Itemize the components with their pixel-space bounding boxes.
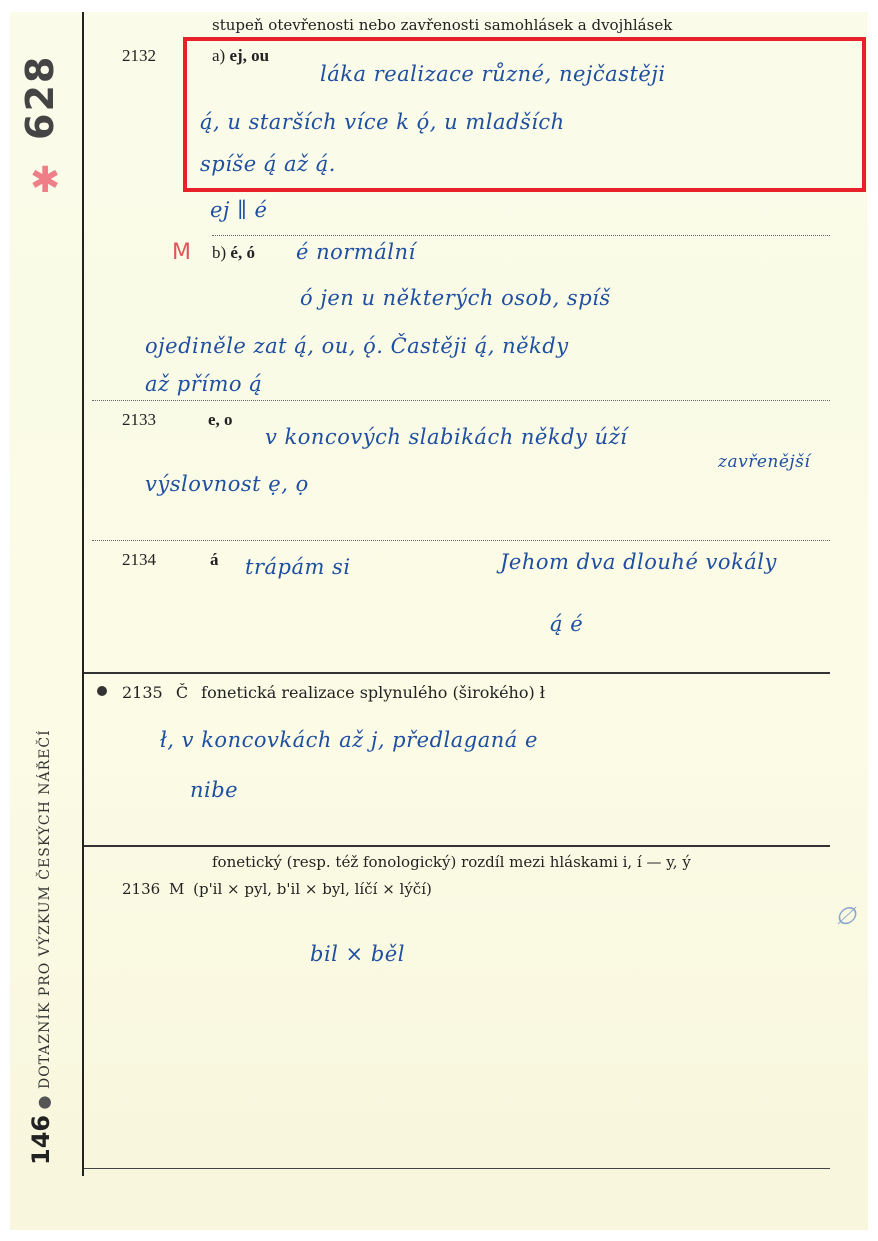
handwritten-2136-line1: bil × běl — [310, 942, 405, 966]
item-number-2132: 2132 — [122, 46, 156, 66]
dotted-divider — [92, 540, 830, 541]
margin-mark: ∅ — [835, 902, 856, 930]
bottom-rule — [84, 1168, 830, 1169]
item-number-2136: 2136 — [122, 880, 160, 898]
dotted-divider — [92, 400, 830, 401]
bullet-icon — [97, 686, 107, 696]
dotted-divider — [212, 235, 830, 236]
bullet-icon: ● — [34, 1094, 53, 1109]
section-divider — [84, 672, 830, 674]
book-title-footer: 146 ● DOTAZNÍK PRO VÝZKUM ČESKÝCH NÁŘEČÍ — [27, 729, 55, 1165]
questionnaire-page — [10, 12, 868, 1230]
highlight-box — [183, 37, 866, 192]
handwritten-2133-line2: výslovnost ẹ, ọ — [145, 472, 309, 496]
item-2133-label: e, o — [208, 410, 233, 430]
section-heading: stupeň otevřenosti nebo zavřenosti samoh… — [212, 16, 672, 34]
handwritten-2132b-line3: ojediněle zat ą́, ou, ǫ́. Častěji ą́, ně… — [145, 334, 569, 358]
item-2134-label: á — [210, 550, 219, 570]
red-mark-m: M — [172, 240, 191, 265]
item-number-2135: 2135 — [122, 683, 163, 702]
item-2136-type: M — [169, 880, 184, 898]
item-2135: 2135 Č fonetická realizace splynulého (š… — [122, 683, 545, 702]
handwritten-2132b-line2: ó jen u některých osob, spíš — [300, 286, 611, 310]
section-divider — [84, 845, 830, 847]
handwritten-2135-line1: ł, v koncovkách až j, předlaganá e — [160, 728, 538, 752]
handwritten-2133-insert: zavřenější — [718, 452, 810, 472]
handwritten-2132b-line1: é normální — [296, 240, 416, 264]
sub-b-label: b) — [212, 243, 226, 262]
item-2136-heading: fonetický (resp. též fonologický) rozdíl… — [212, 853, 691, 871]
handwritten-2134-word: trápám si — [245, 555, 351, 579]
item-2135-text: fonetická realizace splynulého (širokého… — [201, 683, 545, 702]
page-number: 146 — [27, 1115, 55, 1165]
handwritten-2132b-line4: až přímo ą́ — [145, 372, 262, 396]
handwritten-2134-line2: ą́ é — [550, 612, 583, 636]
margin-rule — [82, 12, 84, 1176]
item-2136-examples: (p'il × pyl, b'il × byl, líčí × lýčí) — [193, 880, 432, 898]
handwritten-2135-line2: nibe — [190, 778, 238, 802]
item-2135-type: Č — [176, 683, 188, 702]
handwritten-2133-line1: v koncových slabikách někdy úží — [265, 425, 627, 449]
sub-b-value: é, ó — [230, 243, 255, 262]
item-number-2134: 2134 — [122, 550, 156, 570]
stamp-number: 628 — [18, 55, 62, 140]
book-title: DOTAZNÍK PRO VÝZKUM ČESKÝCH NÁŘEČÍ — [37, 729, 53, 1089]
star-mark-icon: ✱ — [30, 160, 60, 201]
item-2136: 2136 M (p'il × pyl, b'il × byl, líčí × l… — [122, 880, 432, 898]
item-2132-b: b) é, ó — [212, 243, 255, 263]
handwritten-margin-note: ej ∥ é — [210, 198, 267, 222]
item-number-2133: 2133 — [122, 410, 156, 430]
handwritten-2134-line1: Jehom dva dlouhé vokály — [500, 550, 777, 574]
